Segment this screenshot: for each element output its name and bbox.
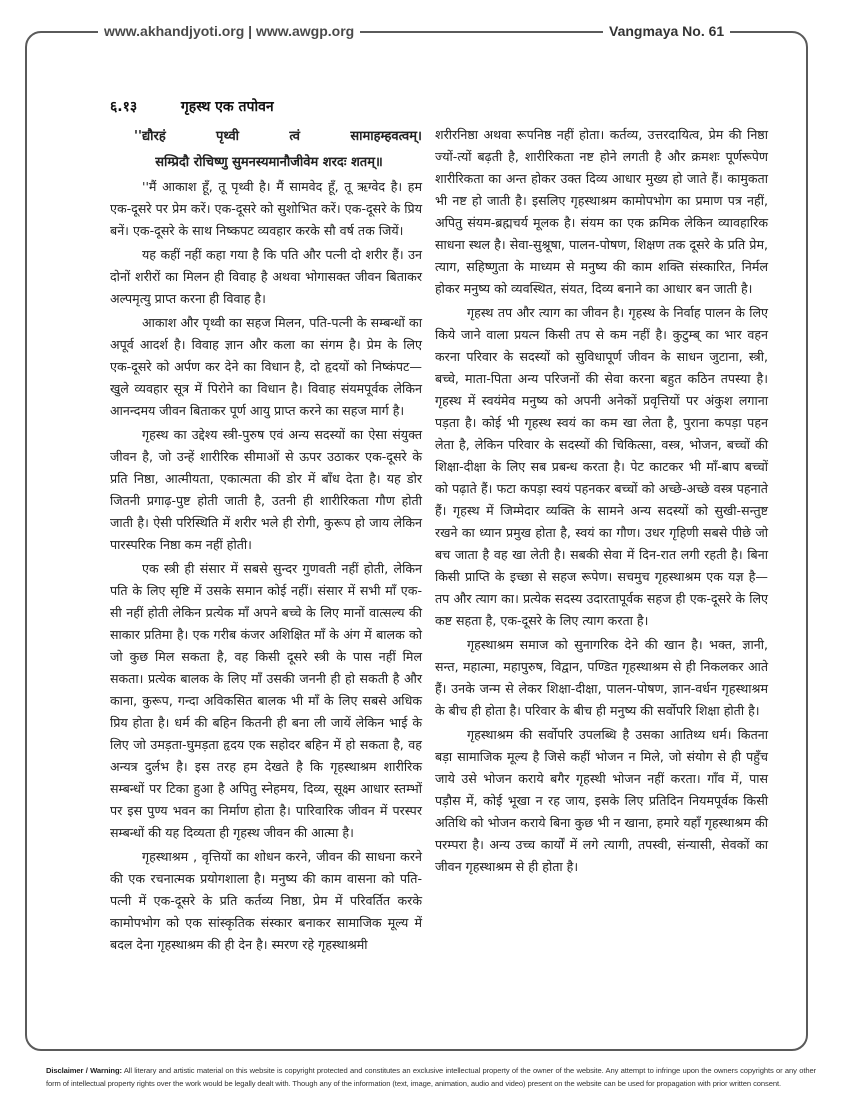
disclaimer: Disclaimer / Warning: All literary and a…: [46, 1064, 816, 1090]
paragraph: गृहस्थाश्रम की सर्वोपरि उपलब्धि है उसका …: [435, 724, 768, 878]
paragraph: आकाश और पृथ्वी का सहज मिलन, पति-पत्नी के…: [110, 312, 422, 422]
section-title: गृहस्थ एक तपोवन: [181, 99, 274, 115]
verse-line-2: सम्प्रिदौ रोचिष्णु सुमनस्यमानौजीवेम शरदः…: [110, 150, 422, 176]
section-heading: ६.१३ गृहस्थ एक तपोवन: [110, 97, 274, 116]
disclaimer-label: Disclaimer / Warning:: [46, 1066, 122, 1075]
left-column: ''द्यौरहं पृथ्वी त्वं सामाहम्हवत्वम्। सम…: [110, 124, 422, 958]
verse-word: सामाहम्हवत्वम्।: [350, 124, 422, 150]
paragraph: गृहस्थाश्रम ‚ वृत्तियों का शोधन करने, जी…: [110, 846, 422, 956]
header-websites: www.akhandjyoti.org | www.awgp.org: [98, 22, 360, 40]
paragraph: शरीरनिष्ठा अथवा रूपनिष्ठ नहीं होता। कर्त…: [435, 124, 768, 300]
disclaimer-text: All literary and artistic material on th…: [46, 1066, 816, 1088]
verse-word: त्वं: [289, 124, 300, 150]
verse-line-1: ''द्यौरहं पृथ्वी त्वं सामाहम्हवत्वम्।: [110, 124, 422, 150]
section-number: ६.१३: [110, 97, 176, 116]
paragraph: गृहस्थ का उद्देश्य स्त्री-पुरुष एवं अन्य…: [110, 424, 422, 556]
paragraph: एक स्त्री ही संसार में सबसे सुन्दर गुणवत…: [110, 558, 422, 844]
header-volume: Vangmaya No. 61: [603, 22, 730, 40]
sanskrit-verse: ''द्यौरहं पृथ्वी त्वं सामाहम्हवत्वम्। सम…: [110, 124, 422, 176]
paragraph: ''मैं आकाश हूँ, तू पृथ्वी है। मैं सामवेद…: [110, 176, 422, 242]
right-column: शरीरनिष्ठा अथवा रूपनिष्ठ नहीं होता। कर्त…: [435, 124, 768, 880]
verse-word: पृथ्वी: [216, 124, 239, 150]
paragraph: यह कहीं नहीं कहा गया है कि पति और पत्नी …: [110, 244, 422, 310]
paragraph: गृहस्थ तप और त्याग का जीवन है। गृहस्थ के…: [435, 302, 768, 632]
paragraph: गृहस्थाश्रम समाज को सुनागरिक देने की खान…: [435, 634, 768, 722]
verse-word: ''द्यौरहं: [134, 124, 166, 150]
